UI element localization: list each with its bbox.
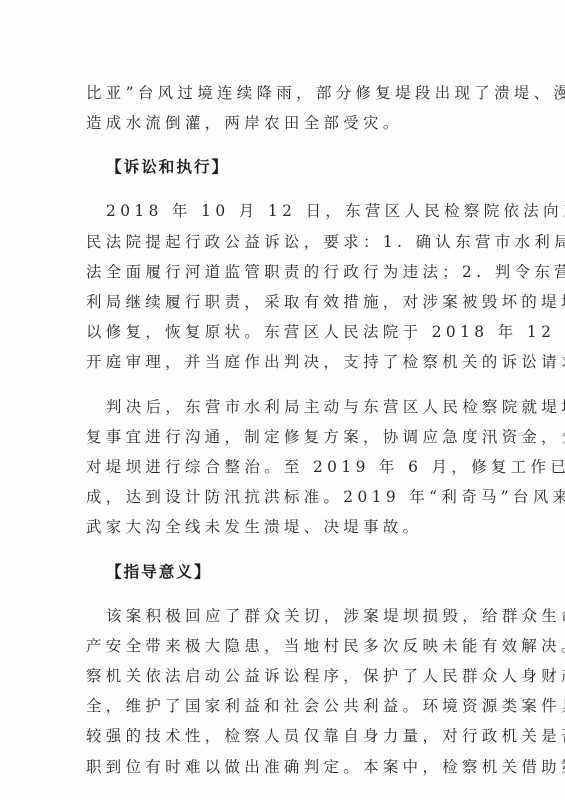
- text-line: 2018 年 10 月 12 日，东营区人民检察院依法向东营区人: [86, 196, 482, 226]
- spacer: [86, 182, 482, 196]
- spacer: [86, 543, 482, 557]
- text-line: 成，达到设计防汛抗洪标准。2019 年“利奇马”台风来袭，: [86, 482, 482, 512]
- spacer: [86, 138, 482, 152]
- text-line: 判决后，东营市水利局主动与东营区人民检察院就堤坝修: [86, 392, 482, 422]
- text-line: 造成水流倒灌，两岸农田全部受灾。: [86, 108, 482, 138]
- text-line: 武家大沟全线未发生溃堤、决堤事故。: [86, 512, 482, 542]
- paragraph-enforcement: 判决后，东营市水利局主动与东营区人民检察院就堤坝修 复事宜进行沟通，制定修复方案…: [86, 392, 482, 543]
- paragraph-flood-damage: 比亚”台风过境连续降雨，部分修复堤段出现了溃堤、漫堤， 造成水流倒灌，两岸农田全…: [86, 78, 482, 138]
- text-line: 利局继续履行职责，采取有效措施，对涉案被毁坏的堤坝予: [86, 287, 482, 317]
- paragraph-lawsuit: 2018 年 10 月 12 日，东营区人民检察院依法向东营区人 民法院提起行政…: [86, 196, 482, 377]
- section-heading-litigation: 【诉讼和执行】: [86, 152, 482, 182]
- text-line: 该案积极回应了群众关切，涉案堤坝损毁，给群众生命财: [86, 601, 482, 631]
- text-line: 产安全带来极大隐患，当地村民多次反映未能有效解决。检: [86, 631, 482, 661]
- spacer: [86, 587, 482, 601]
- text-line: 开庭审理，并当庭作出判决，支持了检察机关的诉讼请求。: [86, 347, 482, 377]
- text-line: 法全面履行河道监管职责的行政行为违法；2. 判令东营市水: [86, 257, 482, 287]
- section-heading-significance: 【指导意义】: [86, 557, 482, 587]
- document-page: 比亚”台风过境连续降雨，部分修复堤段出现了溃堤、漫堤， 造成水流倒灌，两岸农田全…: [0, 0, 565, 800]
- text-line: 比亚”台风过境连续降雨，部分修复堤段出现了溃堤、漫堤，: [86, 78, 482, 108]
- spacer: [86, 378, 482, 392]
- text-line: 民法院提起行政公益诉讼，要求：1. 确认东营市水利局未依: [86, 227, 482, 257]
- text-line: 以修复，恢复原状。东营区人民法院于 2018 年 12 月 21 日: [86, 317, 482, 347]
- text-line: 全，维护了国家利益和社会公共利益。环境资源类案件具有: [86, 691, 482, 721]
- text-line: 较强的技术性，检察人员仅靠自身力量，对行政机关是否履: [86, 721, 482, 751]
- document-body: 比亚”台风过境连续降雨，部分修复堤段出现了溃堤、漫堤， 造成水流倒灌，两岸农田全…: [86, 78, 482, 782]
- text-line: 对堤坝进行综合整治。至 2019 年 6 月，修复工作已全部完: [86, 452, 482, 482]
- text-line: 察机关依法启动公益诉讼程序，保护了人民群众人身财产安: [86, 661, 482, 691]
- text-line: 职到位有时难以做出准确判定。本案中，检察机关借助第三: [86, 752, 482, 782]
- text-line: 复事宜进行沟通，制定修复方案，协调应急度汛资金，分期: [86, 422, 482, 452]
- paragraph-significance: 该案积极回应了群众关切，涉案堤坝损毁，给群众生命财 产安全带来极大隐患，当地村民…: [86, 601, 482, 782]
